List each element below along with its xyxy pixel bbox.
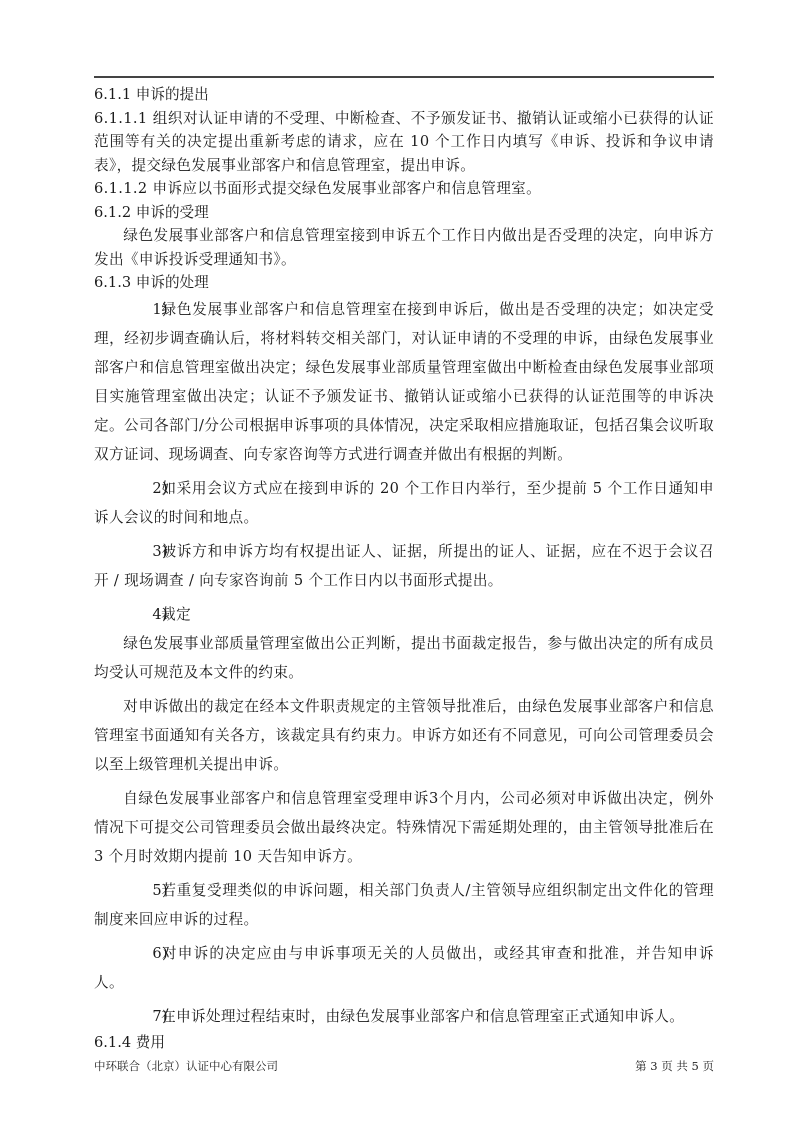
page-footer: 中环联合（北京）认证中心有限公司 第 3 页 共 5 页 — [94, 1058, 714, 1074]
ruling-paragraph-3: 自绿色发展事业部客户和信息管理室受理申诉3个月内，公司必须对申诉做出决定，例外情… — [94, 784, 714, 871]
document-page: 6.1.1 申诉的提出 6.1.1.1 组织对认证申请的不受理、中断检查、不予颁… — [94, 0, 714, 1142]
footer-page-number: 第 3 页 共 5 页 — [635, 1058, 714, 1074]
list-text: 若重复受理类似的申诉问题，相关部门负责人/主管领导应组织制定出文件化的管理制度来… — [94, 882, 714, 928]
list-item-1: 1)绿色发展事业部客户和信息管理室在接到申诉后，做出是否受理的决定；如决定受理，… — [94, 295, 714, 469]
section-6-1-1-1-text: 6.1.1.1 组织对认证申请的不受理、中断检查、不予颁发证书、撤销认证或缩小已… — [94, 107, 714, 178]
list-text: 在申诉处理过程结束时，由绿色发展事业部客户和信息管理室正式通知申诉人。 — [161, 1008, 684, 1025]
list-item-7: 7)在申诉处理过程结束时，由绿色发展事业部客户和信息管理室正式通知申诉人。 — [94, 1002, 714, 1031]
list-number: 5) — [123, 876, 161, 905]
list-number: 1) — [123, 295, 161, 324]
list-text: 绿色发展事业部客户和信息管理室在接到申诉后，做出是否受理的决定；如决定受理，经初… — [94, 301, 714, 463]
list-number: 7) — [123, 1002, 161, 1031]
header-rule — [94, 76, 714, 78]
list-number: 6) — [123, 939, 161, 968]
list-number: 3) — [123, 537, 161, 566]
list-text: 如采用会议方式应在接到申诉的 20 个工作日内举行，至少提前 5 个工作日通知申… — [94, 480, 714, 526]
list-item-3: 3)被诉方和申诉方均有权提出证人、证据，所提出的证人、证据，应在不迟于会议召开 … — [94, 537, 714, 595]
section-6-1-2-text: 绿色发展事业部客户和信息管理室接到申诉五个工作日内做出是否受理的决定，向申诉方发… — [94, 224, 714, 271]
list-item-5: 5)若重复受理类似的申诉问题，相关部门负责人/主管领导应组织制定出文件化的管理制… — [94, 876, 714, 934]
section-6-1-4-title: 6.1.4 费用 — [94, 1031, 714, 1055]
ruling-paragraph-2: 对申诉做出的裁定在经本文件职责规定的主管领导批准后，由绿色发展事业部客户和信息管… — [94, 692, 714, 779]
list-text: 被诉方和申诉方均有权提出证人、证据，所提出的证人、证据，应在不迟于会议召开 / … — [94, 543, 714, 589]
ruling-paragraph-1: 绿色发展事业部质量管理室做出公正判断，提出书面裁定报告，参与做出决定的所有成员均… — [94, 629, 714, 687]
list-item-4: 4)裁定 — [94, 600, 714, 629]
list-item-6: 6)对申诉的决定应由与申诉事项无关的人员做出，或经其审查和批准，并告知申诉人。 — [94, 939, 714, 997]
section-6-1-1-title: 6.1.1 申诉的提出 — [94, 83, 714, 107]
section-6-1-3-title: 6.1.3 申诉的处理 — [94, 271, 714, 295]
list-text: 对申诉的决定应由与申诉事项无关的人员做出，或经其审查和批准，并告知申诉人。 — [94, 945, 714, 991]
footer-company: 中环联合（北京）认证中心有限公司 — [94, 1058, 278, 1074]
list-number: 4) — [123, 600, 161, 629]
list-text: 裁定 — [161, 606, 191, 623]
list-item-2: 2)如采用会议方式应在接到申诉的 20 个工作日内举行，至少提前 5 个工作日通… — [94, 474, 714, 532]
section-6-1-2-title: 6.1.2 申诉的受理 — [94, 201, 714, 225]
list-number: 2) — [123, 474, 161, 503]
section-6-1-1-2-text: 6.1.1.2 申诉应以书面形式提交绿色发展事业部客户和信息管理室。 — [94, 177, 714, 201]
document-content: 6.1.1 申诉的提出 6.1.1.1 组织对认证申请的不受理、中断检查、不予颁… — [94, 83, 714, 1054]
